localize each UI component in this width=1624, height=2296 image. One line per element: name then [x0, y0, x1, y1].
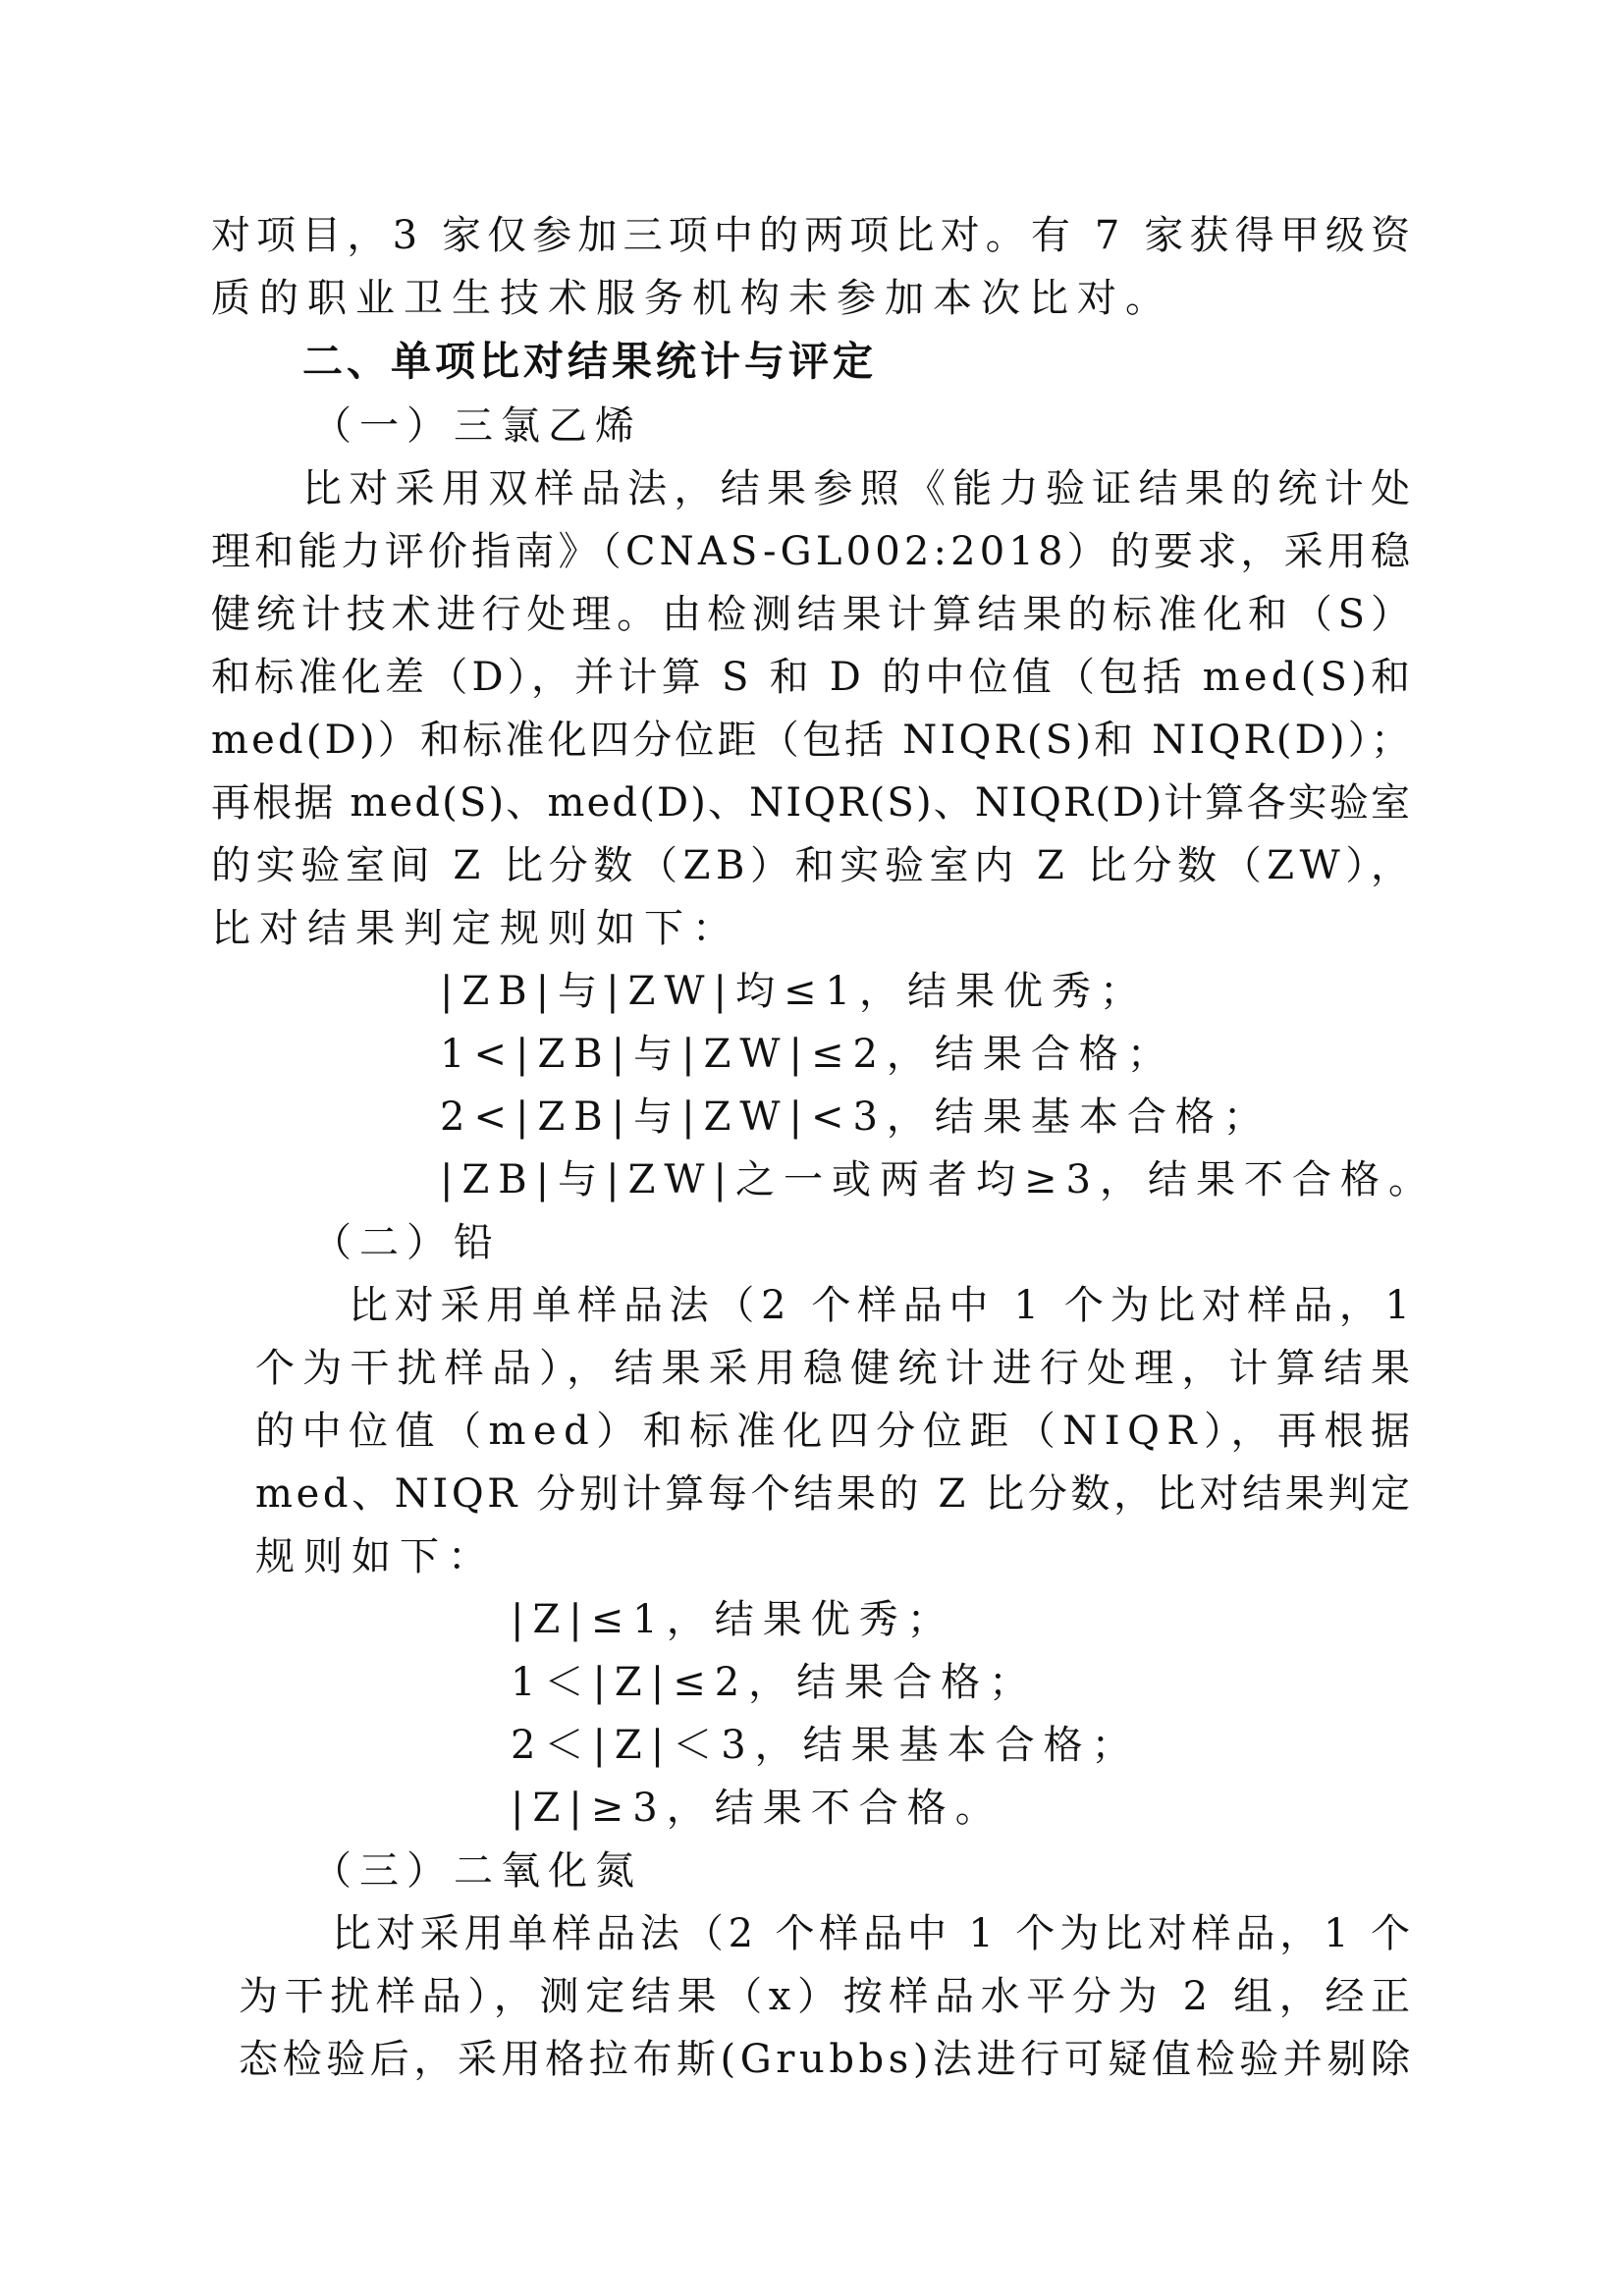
text-line: 健统计技术进行处理。由检测结果计算结果的标准化和（S）: [211, 591, 1416, 638]
text-line: 1＜|Z|≤2，结果合格；: [511, 1659, 1037, 1706]
text-line: 比对采用单样品法（2 个样品中 1 个为比对样品，1 个: [332, 1910, 1415, 1957]
text-line: 理和能力评价指南》（CNAS-GL002:2018）的要求，采用稳: [211, 528, 1414, 575]
text-line: 比对采用单样品法（2 个样品中 1 个为比对样品，1: [349, 1282, 1417, 1329]
text-line: 比对结果判定规则如下：: [211, 905, 740, 952]
text-line: 对项目，3 家仅参加三项中的两项比对。有 7 家获得甲级资: [211, 212, 1416, 259]
text-line: 的中位值（med）和标准化四分位距（NIQR），再根据: [255, 1408, 1418, 1455]
text-line: 规则如下：: [255, 1533, 496, 1580]
text-line: 个为干扰样品），结果采用稳健统计进行处理，计算结果: [255, 1345, 1418, 1392]
text-line: 质的职业卫生技术服务机构未参加本次比对。: [211, 275, 1173, 322]
subsection-heading: （三）二氧化氮: [312, 1847, 642, 1895]
text-line: 的实验室间 Z 比分数（ZB）和实验室内 Z 比分数（ZW），: [211, 842, 1416, 889]
text-line: med(D)）和标准化四分位距（包括 NIQR(S)和 NIQR(D)）；: [211, 717, 1413, 764]
text-line: 比对采用双样品法，结果参照《能力验证结果的统计处: [302, 465, 1417, 512]
section-heading: 二、单项比对结果统计与评定: [302, 338, 877, 385]
subsection-heading: （一）三氯乙烯: [312, 402, 642, 450]
text-line: |Z|≥3，结果不合格。: [511, 1785, 1003, 1832]
text-line: |ZB|与|ZW|之一或两者均≥3，结果不合格。: [440, 1156, 1436, 1203]
text-line: |Z|≤1，结果优秀；: [511, 1596, 955, 1643]
text-line: 2＜|Z|＜3，结果基本合格；: [511, 1722, 1140, 1769]
text-line: med、NIQR 分别计算每个结果的 Z 比分数，比对结果判定: [255, 1470, 1414, 1518]
text-line: 2<|ZB|与|ZW|<3，结果基本合格；: [440, 1094, 1272, 1141]
text-line: 为干扰样品），测定结果（x）按样品水平分为 2 组，经正: [239, 1973, 1417, 2020]
text-line: |ZB|与|ZW|均≤1，结果优秀；: [440, 968, 1148, 1015]
text-line: 和标准化差（D），并计算 S 和 D 的中位值（包括 med(S)和: [211, 654, 1414, 701]
text-line: 1<|ZB|与|ZW|≤2，结果合格；: [440, 1031, 1175, 1078]
subsection-heading: （二）铅: [312, 1219, 501, 1266]
text-line: 态检验后，采用格拉布斯(Grubbs)法进行可疑值检验并剔除: [239, 2036, 1415, 2083]
text-line: 再根据 med(S)、med(D)、NIQR(S)、NIQR(D)计算各实验室: [211, 779, 1412, 827]
